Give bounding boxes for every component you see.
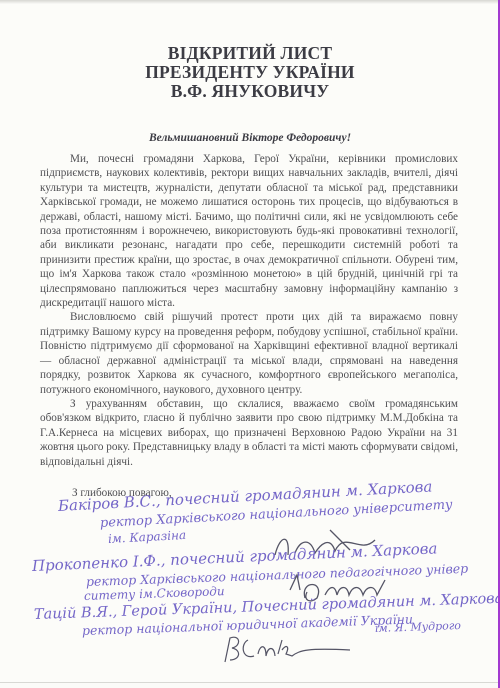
signature-tatsiy bbox=[220, 630, 360, 666]
title-line: ПРЕЗИДЕНТУ УКРАЇНИ bbox=[0, 63, 500, 82]
scan-top-edge bbox=[0, 0, 500, 4]
letter-body: Ми, почесні громадяни Харкова, Герої Укр… bbox=[40, 152, 458, 469]
paragraph: З урахуванням обставин, що склалися, вва… bbox=[40, 397, 458, 469]
paragraph: Висловлюємо свій рішучий протест проти ц… bbox=[40, 310, 458, 396]
handwritten-line: ім. Каразіна bbox=[108, 528, 187, 546]
letter-title: ВІДКРИТИЙ ЛИСТ ПРЕЗИДЕНТУ УКРАЇНИ В.Ф. Я… bbox=[0, 44, 500, 101]
title-line: ВІДКРИТИЙ ЛИСТ bbox=[0, 44, 500, 63]
title-line: В.Ф. ЯНУКОВИЧУ bbox=[0, 82, 500, 101]
paragraph: Ми, почесні громадяни Харкова, Герої Укр… bbox=[40, 152, 458, 310]
handwritten-line: ім. Я. Мудрого bbox=[375, 619, 461, 635]
salutation: Вельмишановний Вікторе Федоровичу! bbox=[0, 132, 500, 144]
letter-page: ВІДКРИТИЙ ЛИСТ ПРЕЗИДЕНТУ УКРАЇНИ В.Ф. Я… bbox=[0, 0, 498, 683]
